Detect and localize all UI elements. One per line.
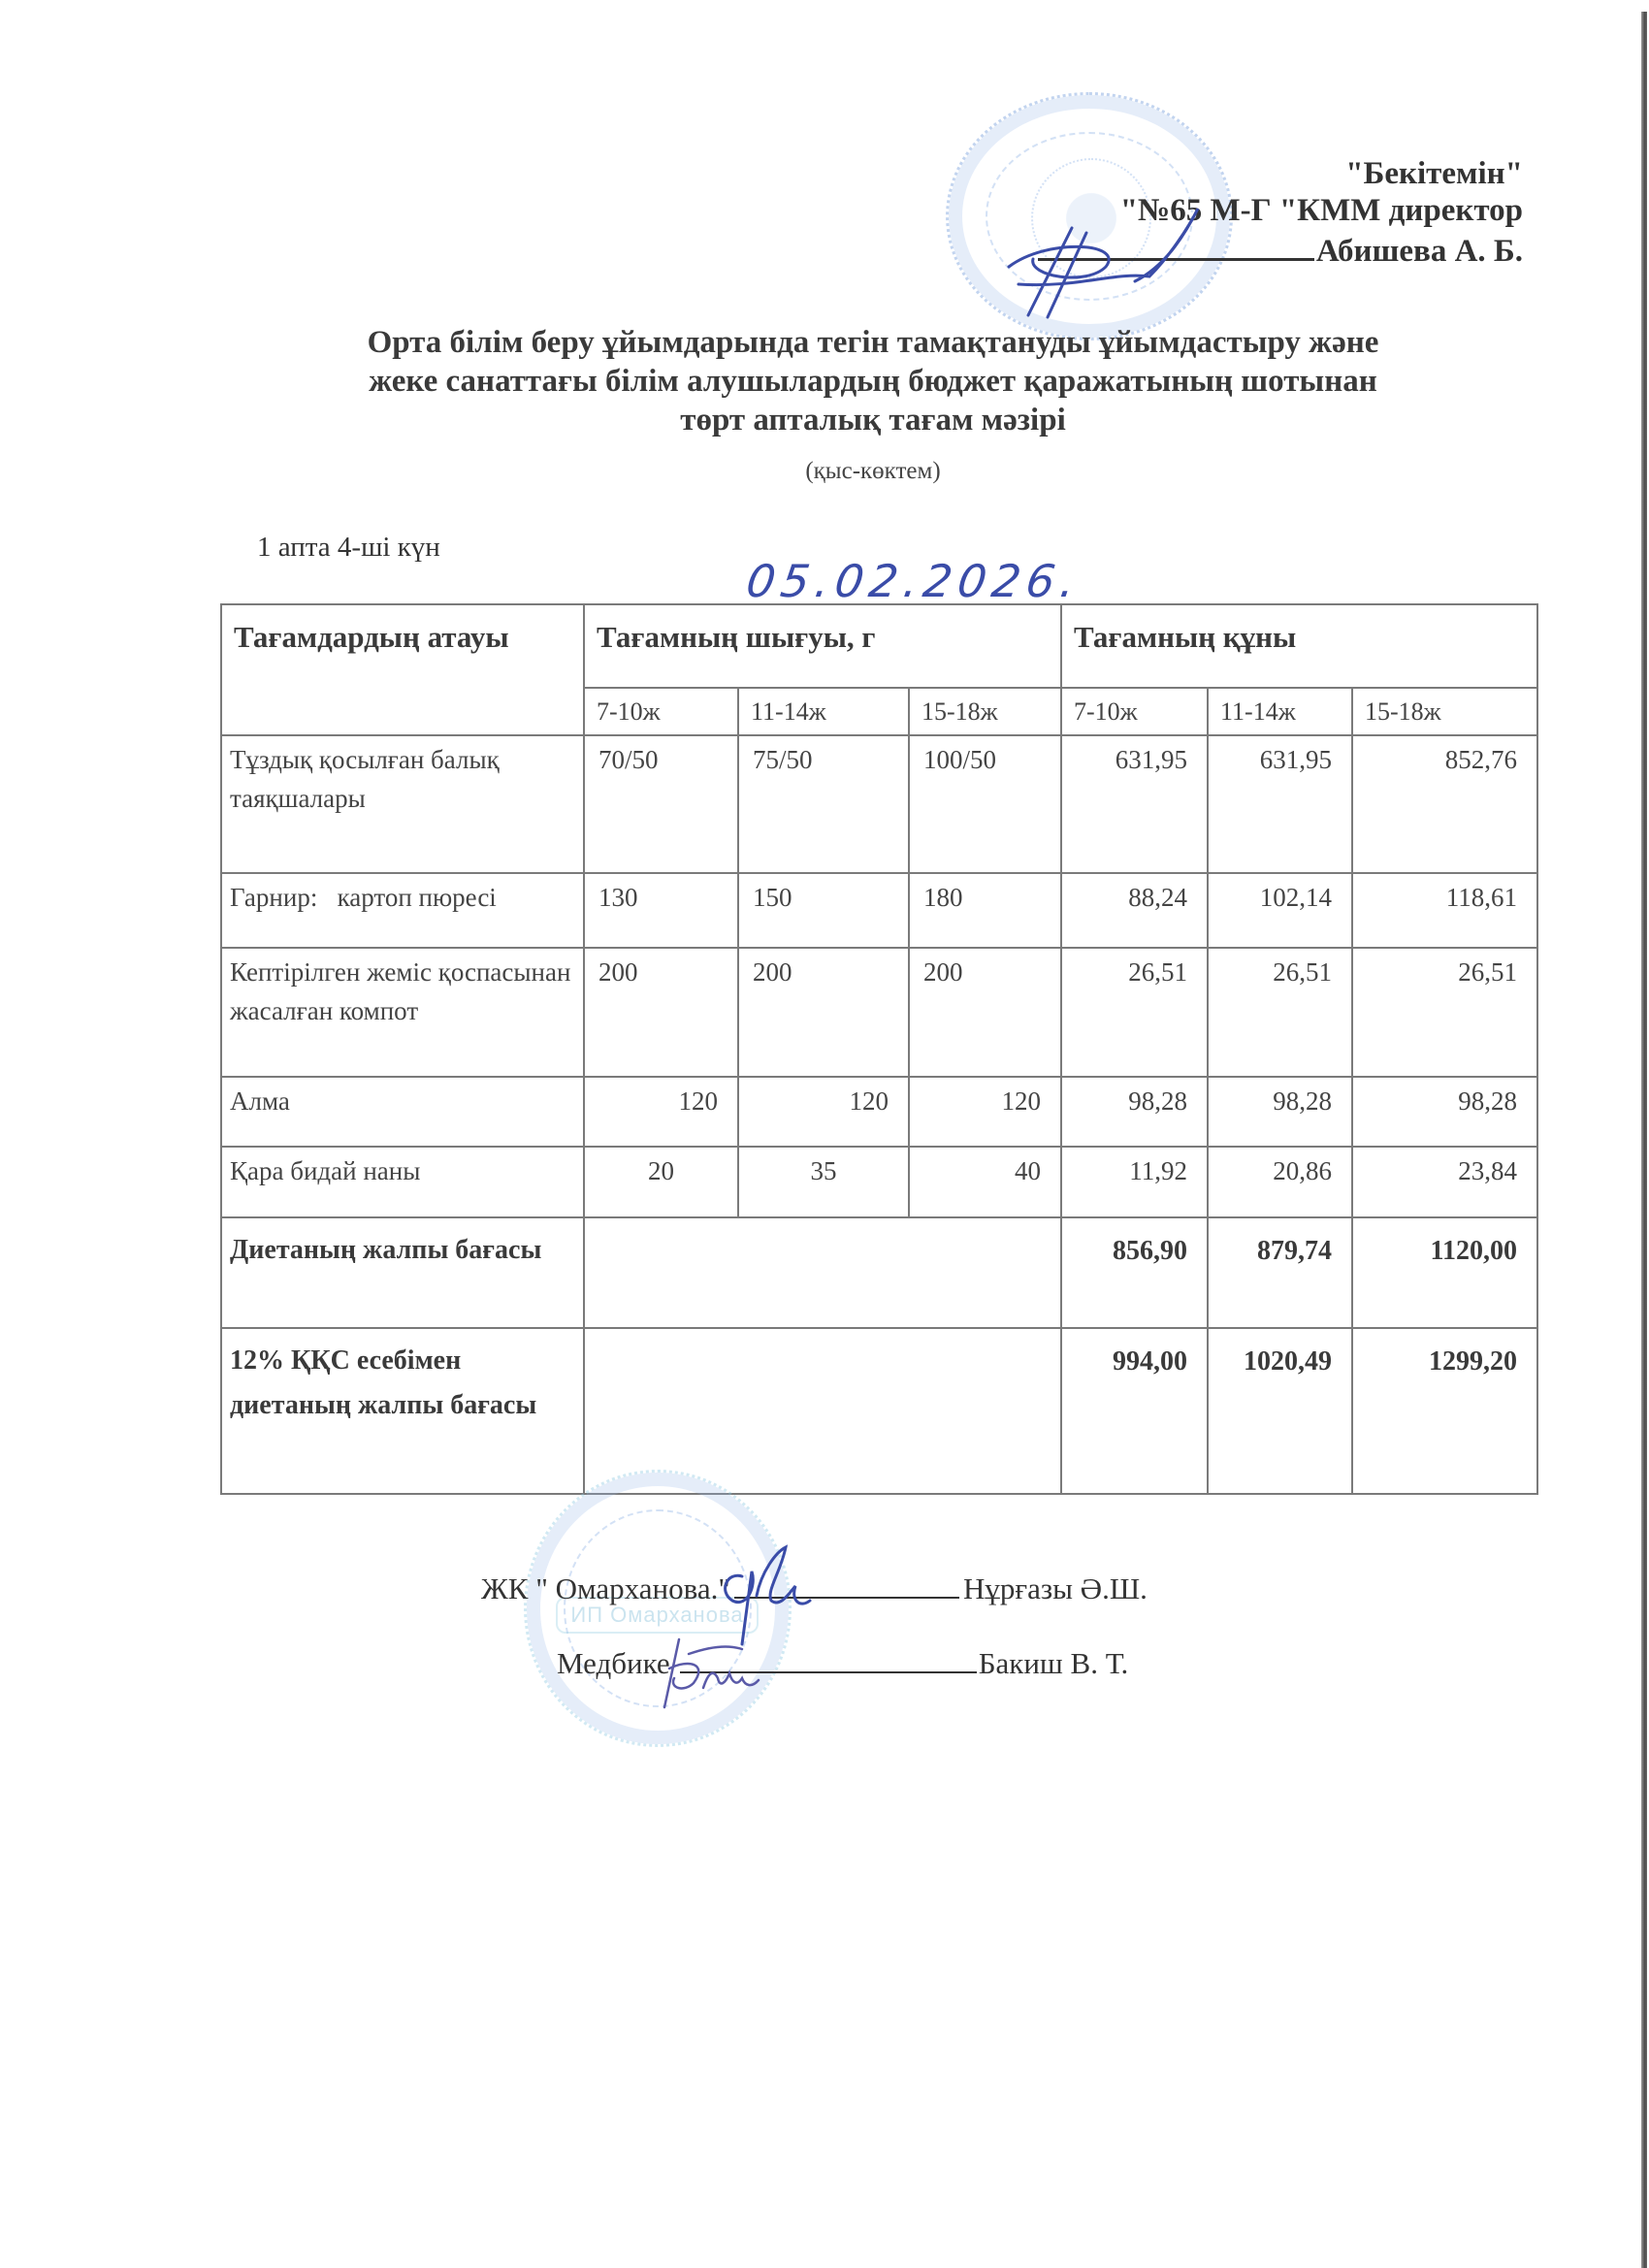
cost-value: 20,86 xyxy=(1208,1147,1352,1217)
title-line-2: жеке санаттағы білім алушылардың бюджет … xyxy=(233,362,1513,401)
table-row: Кептірілген жеміс қоспасынан жасалған ко… xyxy=(221,948,1537,1077)
week-day-label: 1 апта 4-ші күн xyxy=(257,532,440,564)
table-row: Қара бидай наны 20 35 40 11,92 20,86 23,… xyxy=(221,1147,1537,1217)
header-cost-age-11-14: 11-14ж xyxy=(1208,688,1352,735)
supplier-label: ЖК " Омарханова." xyxy=(481,1571,730,1605)
yield-value: 120 xyxy=(909,1077,1061,1147)
dish-name: Қара бидай наны xyxy=(221,1147,584,1217)
cost-value: 23,84 xyxy=(1352,1147,1537,1217)
cost-value: 852,76 xyxy=(1352,735,1537,873)
cost-value: 26,51 xyxy=(1352,948,1537,1077)
vat-total-label: 12% ҚҚС есебімен диетаның жалпы бағасы xyxy=(221,1328,584,1494)
cost-value: 118,61 xyxy=(1352,873,1537,948)
header-yield-age-11-14: 11-14ж xyxy=(738,688,909,735)
menu-table: Тағамдардың атауы Тағамның шығуы, г Таға… xyxy=(220,603,1538,1495)
header-cost-age-15-18: 15-18ж xyxy=(1352,688,1537,735)
cost-value: 98,28 xyxy=(1061,1077,1208,1147)
vat-total-row: 12% ҚҚС есебімен диетаның жалпы бағасы 9… xyxy=(221,1328,1537,1494)
approved-label: "Бекітемін" xyxy=(1038,155,1523,192)
cost-value: 631,95 xyxy=(1208,735,1352,873)
director-signature-icon xyxy=(989,199,1222,320)
yield-value: 100/50 xyxy=(909,735,1061,873)
nurse-signature-icon xyxy=(650,1630,786,1712)
total-cost-value: 1120,00 xyxy=(1352,1217,1537,1328)
dish-name: Алма xyxy=(221,1077,584,1147)
table-row: Гарнир: картоп пюресі 130 150 180 88,24 … xyxy=(221,873,1537,948)
yield-value: 20 xyxy=(584,1147,738,1217)
director-name: Абишева А. Б. xyxy=(1316,234,1523,269)
yield-value: 200 xyxy=(738,948,909,1077)
season-subtitle: (қыс-көктем) xyxy=(233,458,1513,485)
yield-value: 150 xyxy=(738,873,909,948)
yield-value: 200 xyxy=(909,948,1061,1077)
cost-value: 26,51 xyxy=(1061,948,1208,1077)
header-cost: Тағамның құны xyxy=(1061,604,1537,688)
yield-value: 200 xyxy=(584,948,738,1077)
yield-value: 120 xyxy=(738,1077,909,1147)
yield-value: 180 xyxy=(909,873,1061,948)
supplier-name: Нұрғазы Ә.Ш. xyxy=(963,1571,1148,1605)
cost-value: 102,14 xyxy=(1208,873,1352,948)
total-empty-cell xyxy=(584,1217,1061,1328)
table-row: Алма 120 120 120 98,28 98,28 98,28 xyxy=(221,1077,1537,1147)
header-yield: Тағамның шығуы, г xyxy=(584,604,1061,688)
cost-value: 98,28 xyxy=(1208,1077,1352,1147)
header-dish-name: Тағамдардың атауы xyxy=(221,604,584,735)
yield-value: 75/50 xyxy=(738,735,909,873)
table-row: Тұздық қосылған балық таяқшалары 70/50 7… xyxy=(221,735,1537,873)
yield-value: 40 xyxy=(909,1147,1061,1217)
total-cost-value: 879,74 xyxy=(1208,1217,1352,1328)
vat-total-cost-value: 994,00 xyxy=(1061,1328,1208,1494)
vat-total-cost-value: 1020,49 xyxy=(1208,1328,1352,1494)
total-label: Диетаның жалпы бағасы xyxy=(221,1217,584,1328)
scan-edge-line xyxy=(1641,12,1647,2268)
header-cost-age-7-10: 7-10ж xyxy=(1061,688,1208,735)
yield-value: 35 xyxy=(738,1147,909,1217)
nurse-name: Бакиш В. Т. xyxy=(979,1646,1129,1680)
yield-value: 70/50 xyxy=(584,735,738,873)
yield-value: 120 xyxy=(584,1077,738,1147)
dish-name: Гарнир: картоп пюресі xyxy=(221,873,584,948)
handwritten-date: 05.02.2026. xyxy=(743,555,1084,607)
cost-value: 88,24 xyxy=(1061,873,1208,948)
title-line-1: Орта білім беру ұйымдарында тегін тамақт… xyxy=(233,323,1513,362)
yield-value: 130 xyxy=(584,873,738,948)
total-row: Диетаның жалпы бағасы 856,90 879,74 1120… xyxy=(221,1217,1537,1328)
cost-value: 11,92 xyxy=(1061,1147,1208,1217)
vat-total-cost-value: 1299,20 xyxy=(1352,1328,1537,1494)
title-line-3: төрт апталық тағам мәзірі xyxy=(233,401,1513,439)
document-title: Орта білім беру ұйымдарында тегін тамақт… xyxy=(233,323,1513,439)
dish-name: Тұздық қосылған балық таяқшалары xyxy=(221,735,584,873)
dish-name: Кептірілген жеміс қоспасынан жасалған ко… xyxy=(221,948,584,1077)
total-cost-value: 856,90 xyxy=(1061,1217,1208,1328)
cost-value: 631,95 xyxy=(1061,735,1208,873)
header-yield-age-7-10: 7-10ж xyxy=(584,688,738,735)
nurse-signature-row: МедбикеБакиш В. Т. xyxy=(557,1646,1128,1681)
cost-value: 98,28 xyxy=(1352,1077,1537,1147)
cost-value: 26,51 xyxy=(1208,948,1352,1077)
header-yield-age-15-18: 15-18ж xyxy=(909,688,1061,735)
